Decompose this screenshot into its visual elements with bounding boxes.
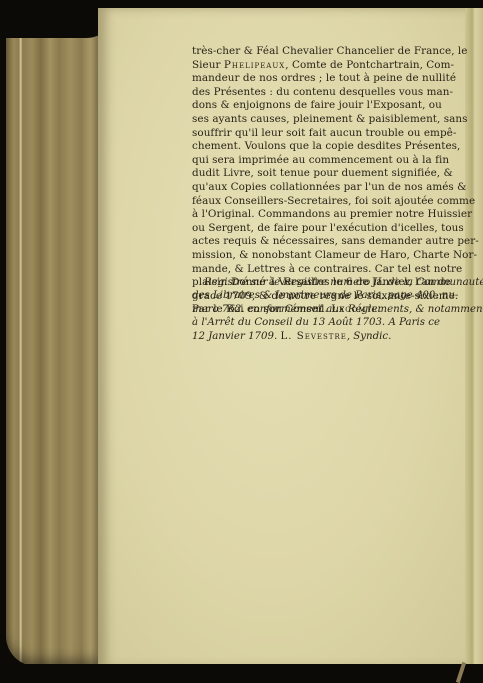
signature-sevestre: L. Sevestre <box>280 331 346 342</box>
text-line: dudit Livre, soit tenue pour duement sig… <box>192 167 440 181</box>
text-line: mande, & Lettres à ce contraires. Car te… <box>192 263 440 277</box>
text-line: Sieur Phelipeaux, Comte de Pontchartrain… <box>192 59 440 73</box>
registration-note: Registré sur le Registre numero II. de l… <box>192 276 440 343</box>
text-line: chement. Voulons que la copie desdites P… <box>192 140 440 154</box>
text-line: ou Sergent, de faire pour l'exécution d'… <box>192 222 440 236</box>
text-line: des Présentes : du contenu desquelles vo… <box>192 86 440 100</box>
registration-line: des Libraires & Imprimeurs de Paris, pag… <box>192 289 440 302</box>
person-name: Phelipeaux <box>224 59 285 71</box>
page-fold <box>465 8 483 668</box>
text-line: mandeur de nos ordres ; le tout à peine … <box>192 72 440 86</box>
text-line: souffrir qu'il leur soit fait aucun trou… <box>192 127 440 141</box>
text-line: féaux Conseillers-Secretaires, foi soit … <box>192 195 440 209</box>
bottom-shadow <box>0 664 483 683</box>
registration-line: 12 Janvier 1709. L. Sevestre, Syndic. <box>192 330 440 343</box>
text-line: actes requis & nécessaires, sans demande… <box>192 235 440 249</box>
text-line: très-cher & Féal Chevalier Chancelier de… <box>192 45 440 59</box>
book-edge-stack <box>6 26 98 666</box>
registration-line: mero 762. conformément aux Réglements, &… <box>192 303 440 316</box>
text-line: mission, & nonobstant Clameur de Haro, C… <box>192 249 440 263</box>
text-line: ses ayants causes, pleinement & paisible… <box>192 113 440 127</box>
text-line: qu'aux Copies collationnées par l'un de … <box>192 181 440 195</box>
text-line: à l'Original. Commandons au premier notr… <box>192 208 440 222</box>
registration-line: à l'Arrêt du Conseil du 13 Août 1703. A … <box>192 316 440 329</box>
text-line: qui sera imprimée au commencement ou à l… <box>192 154 440 168</box>
text-line: dons & enjoignons de faire jouir l'Expos… <box>192 99 440 113</box>
registration-line: Registré sur le Registre numero II. de l… <box>192 276 440 289</box>
